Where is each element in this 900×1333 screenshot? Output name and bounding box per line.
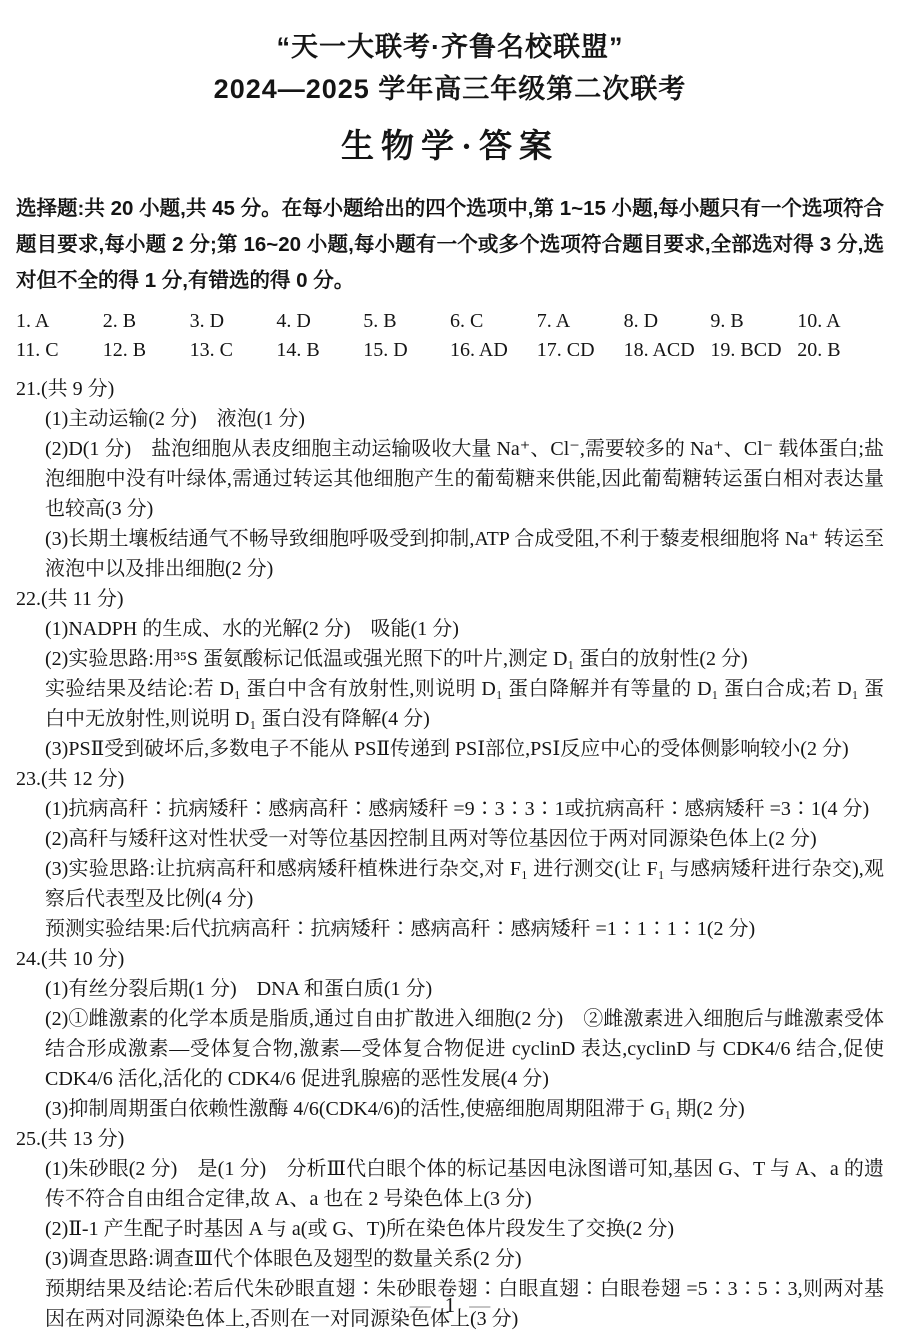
answer-cell: 2. B (103, 307, 190, 336)
answer-cell: 9. B (710, 307, 797, 336)
question-22-part-1: (1)NADPH 的生成、水的光解(2 分) 吸能(1 分) (16, 614, 884, 644)
document-header: “天一大联考·齐鲁名校联盟” 2024—2025 学年高三年级第二次联考 生物学… (16, 26, 884, 167)
question-21-header: 21.(共 9 分) (16, 374, 884, 404)
answer-cell: 1. A (16, 307, 103, 336)
page-number: 1 (431, 1293, 470, 1317)
answer-cell: 5. B (363, 307, 450, 336)
question-25-part-1: (1)朱砂眼(2 分) 是(1 分) 分析Ⅲ代白眼个体的标记基因电泳图谱可知,基… (16, 1154, 884, 1214)
question-23-part-2: (2)高秆与矮秆这对性状受一对等位基因控制且两对等位基因位于两对同源染色体上(2… (16, 824, 884, 854)
answer-cell: 14. B (276, 336, 363, 365)
answer-cell: 8. D (624, 307, 711, 336)
question-22-part-3: (3)PSⅡ受到破坏后,多数电子不能从 PSⅡ传递到 PSⅠ部位,PSⅠ反应中心… (16, 734, 884, 764)
question-22-header: 22.(共 11 分) (16, 584, 884, 614)
question-23-header: 23.(共 12 分) (16, 764, 884, 794)
answer-cell: 10. A (797, 307, 884, 336)
question-22-part-2-conclusion: 实验结果及结论:若 D₁ 蛋白中含有放射性,则说明 D₁ 蛋白降解并有等量的 D… (16, 674, 884, 734)
answer-cell: 4. D (276, 307, 363, 336)
answer-cell: 6. C (450, 307, 537, 336)
question-22: 22.(共 11 分) (1)NADPH 的生成、水的光解(2 分) 吸能(1 … (16, 584, 884, 764)
page-footer: —1— (0, 1293, 900, 1317)
answer-cell: 13. C (190, 336, 277, 365)
answer-cell: 12. B (103, 336, 190, 365)
question-22-part-2: (2)实验思路:用³⁵S 蛋氨酸标记低温或强光照下的叶片,测定 D₁ 蛋白的放射… (16, 644, 884, 674)
question-21: 21.(共 9 分) (1)主动运输(2 分) 液泡(1 分) (2)D(1 分… (16, 374, 884, 584)
question-23-part-3: (3)实验思路:让抗病高秆和感病矮秆植株进行杂交,对 F₁ 进行测交(让 F₁ … (16, 854, 884, 914)
document-page: “天一大联考·齐鲁名校联盟” 2024—2025 学年高三年级第二次联考 生物学… (0, 0, 900, 1333)
question-24-header: 24.(共 10 分) (16, 944, 884, 974)
question-24: 24.(共 10 分) (1)有丝分裂后期(1 分) DNA 和蛋白质(1 分)… (16, 944, 884, 1124)
answer-cell: 17. CD (537, 336, 624, 365)
answer-cell: 3. D (190, 307, 277, 336)
answer-cell: 7. A (537, 307, 624, 336)
question-23: 23.(共 12 分) (1)抗病高秆∶抗病矮秆∶感病高秆∶感病矮秆 =9∶3∶… (16, 764, 884, 944)
question-24-part-2: (2)①雌激素的化学本质是脂质,通过自由扩散进入细胞(2 分) ②雌激素进入细胞… (16, 1004, 884, 1094)
question-23-part-1: (1)抗病高秆∶抗病矮秆∶感病高秆∶感病矮秆 =9∶3∶3∶1或抗病高秆∶感病矮… (16, 794, 884, 824)
question-25-part-3: (3)调查思路:调查Ⅲ代个体眼色及翅型的数量关系(2 分) (16, 1244, 884, 1274)
question-21-part-3: (3)长期土壤板结通气不畅导致细胞呼吸受到抑制,ATP 合成受阻,不利于藜麦根细… (16, 524, 884, 584)
answer-cell: 11. C (16, 336, 103, 365)
question-25-header: 25.(共 13 分) (16, 1124, 884, 1154)
question-21-part-1: (1)主动运输(2 分) 液泡(1 分) (16, 404, 884, 434)
answer-cell: 20. B (797, 336, 884, 365)
answer-key-row-2: 11. C 12. B 13. C 14. B 15. D 16. AD 17.… (16, 336, 884, 365)
question-24-part-3: (3)抑制周期蛋白依赖性激酶 4/6(CDK4/6)的活性,使癌细胞周期阻滞于 … (16, 1094, 884, 1124)
footer-right-dash: — (469, 1293, 490, 1317)
answer-cell: 15. D (363, 336, 450, 365)
exam-session-title: 2024—2025 学年高三年级第二次联考 (16, 68, 884, 110)
answer-cell: 19. BCD (710, 336, 797, 365)
question-21-part-2: (2)D(1 分) 盐泡细胞从表皮细胞主动运输吸收大量 Na⁺、Cl⁻,需要较多… (16, 434, 884, 524)
question-24-part-1: (1)有丝分裂后期(1 分) DNA 和蛋白质(1 分) (16, 974, 884, 1004)
answer-key-grid: 1. A 2. B 3. D 4. D 5. B 6. C 7. A 8. D … (16, 307, 884, 365)
subject-title: 生物学·答案 (16, 127, 884, 167)
answer-cell: 16. AD (450, 336, 537, 365)
answer-cell: 18. ACD (624, 336, 711, 365)
answer-key-row-1: 1. A 2. B 3. D 4. D 5. B 6. C 7. A 8. D … (16, 307, 884, 336)
footer-left-dash: — (410, 1293, 431, 1317)
exam-alliance-title: “天一大联考·齐鲁名校联盟” (16, 26, 884, 68)
question-23-part-3-prediction: 预测实验结果:后代抗病高秆∶抗病矮秆∶感病高秆∶感病矮秆 =1∶1∶1∶1(2 … (16, 914, 884, 944)
question-25-part-2: (2)Ⅱ-1 产生配子时基因 A 与 a(或 G、T)所在染色体片段发生了交换(… (16, 1214, 884, 1244)
multiple-choice-instructions: 选择题:共 20 小题,共 45 分。在每小题给出的四个选项中,第 1~15 小… (16, 191, 884, 299)
